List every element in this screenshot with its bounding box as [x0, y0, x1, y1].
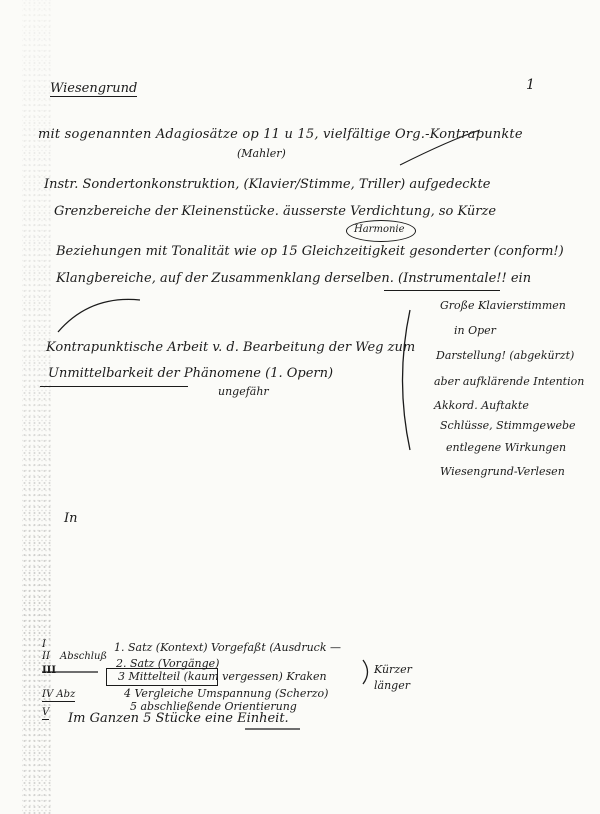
roman-2-label: Abschluß [60, 652, 107, 662]
final-line: Im Ganzen 5 Stücke eine Einheit. [68, 712, 289, 725]
side-note-4: aber aufklärende Intention [434, 376, 584, 387]
side-note-1: Große Klavierstimmen [440, 300, 566, 311]
bracket-note-2: länger [374, 680, 410, 691]
side-note-2: in Oper [454, 325, 496, 336]
side-note-6: Schlüsse, Stimmgewebe [440, 420, 576, 431]
side-note-7: entlegene Wirkungen [446, 442, 566, 453]
roman-5: V [42, 708, 49, 720]
outline-item-3: 3 Mittelteil (kaum vergessen) Kraken [118, 671, 327, 682]
roman-1: I [42, 640, 46, 650]
manuscript-page: 1 Wiesengrund mit sogenannten Adagiosätz… [0, 0, 600, 814]
roman-2: II [42, 652, 50, 662]
margin-mark: In [64, 512, 78, 525]
outline-item-1: 1. Satz (Kontext) Vorgefaßt (Ausdruck — [114, 642, 341, 653]
outline-item-4: 4 Vergleiche Umspannung (Scherzo) [124, 688, 328, 699]
bracket-note-1: Kürzer [374, 664, 412, 675]
roman-4: IV Abz [42, 690, 75, 702]
side-note-8: Wiesengrund-Verlesen [440, 466, 565, 477]
side-note-3: Darstellung! (abgekürzt) [436, 350, 574, 361]
side-note-5: Akkord. Auftakte [434, 400, 529, 411]
roman-3: III [42, 666, 56, 676]
